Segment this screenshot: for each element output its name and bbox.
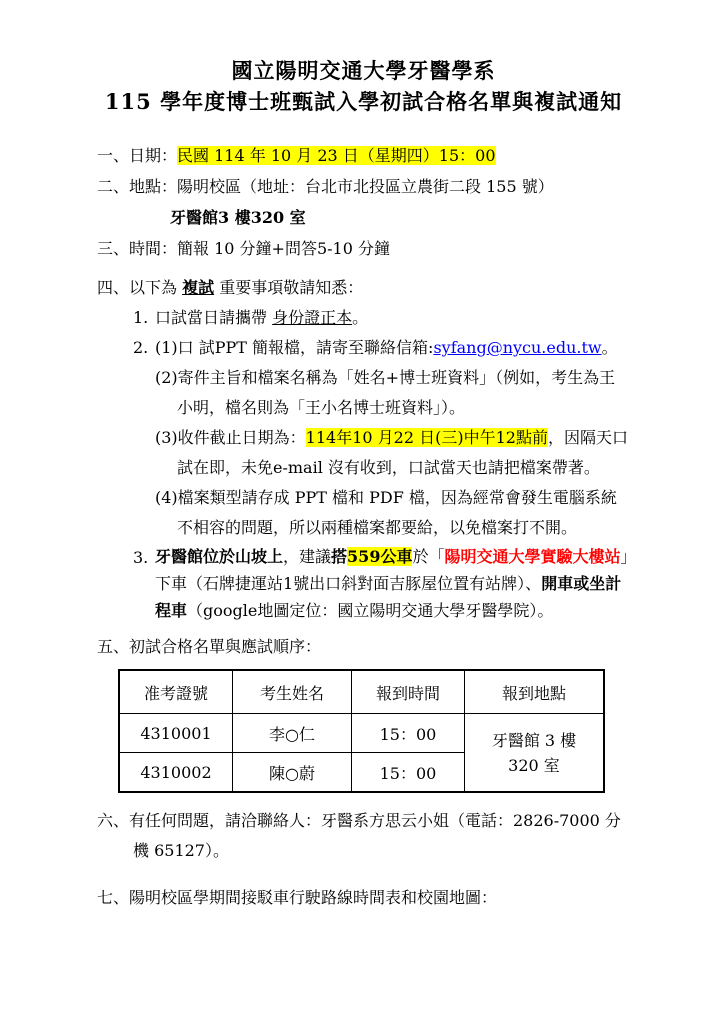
item-location-label: 二、地點：	[97, 177, 177, 196]
item-duration-text: 簡報 10 分鐘+問答5-10 分鐘	[177, 239, 390, 258]
note-1-pre: 口試當日請攜帶	[155, 308, 272, 327]
note-item-1-text: 口試當日請攜帶 身份證正本。	[155, 303, 630, 333]
note-2-p3-deadline-highlight: 114年10 月22 日(三)中午12點前	[306, 428, 548, 447]
email-link[interactable]: syfang@nycu.edu.tw	[433, 338, 601, 357]
item-date-label: 一、日期：	[97, 146, 177, 165]
note-item-2-text: (1)口 試PPT 簡報檔，請寄至聯絡信箱:syfang@nycu.edu.tw…	[155, 333, 630, 543]
roster-table: 准考證號 考生姓名 報到時間 報到地點 4310001 李○仁 15：00 牙醫…	[118, 669, 605, 793]
note-2-paragraph-2: (2)寄件主旨和檔案名稱為「姓名+博士班資料」（例如，考生為王小明，檔名則為「王…	[155, 363, 630, 423]
header-checkin-location: 報到地點	[465, 670, 605, 714]
notes-heading-suffix: 重要事項敬請知悉：	[214, 278, 363, 297]
item-notes-heading: 四、以下為 複試 重要事項敬請知悉：	[97, 272, 630, 303]
item-contact: 六、有任何問題，請洽聯絡人：牙醫系方思云小姐（電話：2826-7000 分機 6…	[97, 806, 630, 866]
item-location: 二、地點：陽明校區（地址：台北市北投區立農街二段 155 號）	[97, 171, 630, 202]
item-shuttle-map: 七、陽明校區學期間接駁車行駛路線時間表和校園地圖：	[97, 883, 630, 913]
table-cell-checkin-time: 15：00	[352, 714, 465, 753]
table-cell-admission-number: 4310001	[119, 714, 233, 753]
table-cell-candidate-name: 陳○蔚	[233, 753, 352, 793]
document-page: 國立陽明交通大學牙醫學系 115 學年度博士班甄試入學初試合格名單與複試通知 一…	[0, 0, 725, 1024]
note-3-normal-2: 於「	[412, 547, 444, 566]
item-duration-label: 三、時間：	[97, 239, 177, 258]
header-candidate-name: 考生姓名	[233, 670, 352, 714]
item-location-room: 牙醫館3 樓320 室	[170, 202, 630, 233]
note-3-bus-highlight: 559公車	[347, 547, 412, 566]
document-title-line1: 國立陽明交通大學牙醫學系	[97, 55, 630, 86]
note-3-normal-1: ，建議	[283, 547, 331, 566]
note-item-3-number: 3.	[133, 543, 155, 624]
document-title-line2: 115 學年度博士班甄試入學初試合格名單與複試通知	[97, 86, 630, 117]
header-checkin-time: 報到時間	[352, 670, 465, 714]
note-item-2: 2. (1)口 試PPT 簡報檔，請寄至聯絡信箱:syfang@nycu.edu…	[133, 333, 630, 543]
table-cell-location-merged: 牙醫館 3 樓 320 室	[465, 714, 605, 793]
note-2-p1-post: 。	[602, 338, 618, 357]
header-admission-number: 准考證號	[119, 670, 233, 714]
notes-heading-prefix: 四、以下為	[97, 278, 182, 297]
note-item-2-number: 2.	[133, 333, 155, 543]
table-row: 4310001 李○仁 15：00 牙醫館 3 樓 320 室	[119, 714, 604, 753]
note-1-post: 。	[352, 308, 368, 327]
note-3-normal-4: （google地圖定位：國立陽明交通大學牙醫學院）。	[187, 601, 553, 620]
note-2-paragraph-1: (1)口 試PPT 簡報檔，請寄至聯絡信箱:syfang@nycu.edu.tw…	[155, 333, 630, 363]
note-1-underline: 身份證正本	[272, 308, 352, 327]
notes-heading-emph: 複試	[182, 278, 214, 297]
note-item-3-text: 牙醫館位於山坡上，建議搭559公車於「陽明交通大學實驗大樓站」下車（石牌捷運站1…	[155, 543, 630, 624]
note-item-3: 3. 牙醫館位於山坡上，建議搭559公車於「陽明交通大學實驗大樓站」下車（石牌捷…	[133, 543, 630, 624]
note-3-bold-take: 搭	[331, 547, 347, 566]
note-2-p3-pre: (3)收件截止日期為：	[155, 428, 306, 447]
location-line1: 牙醫館 3 樓	[465, 728, 603, 753]
note-2-paragraph-4: (4)檔案類型請存成 PPT 檔和 PDF 檔，因為經常會發生電腦系統不相容的問…	[155, 483, 630, 543]
table-cell-admission-number: 4310002	[119, 753, 233, 793]
location-line2: 320 室	[465, 753, 603, 778]
table-header-row: 准考證號 考生姓名 報到時間 報到地點	[119, 670, 604, 714]
item-date: 一、日期：民國 114 年 10 月 23 日（星期四）15：00	[97, 140, 630, 171]
item-date-highlight: 民國 114 年 10 月 23 日（星期四）15：00	[177, 146, 496, 165]
note-3-bold-hill: 牙醫館位於山坡上	[155, 547, 283, 566]
note-item-1: 1. 口試當日請攜帶 身份證正本。	[133, 303, 630, 333]
item-location-text: 陽明校區（地址：台北市北投區立農街二段 155 號）	[177, 177, 554, 196]
note-2-p1-pre: (1)口 試PPT 簡報檔，請寄至聯絡信箱:	[155, 338, 433, 357]
item-duration: 三、時間：簡報 10 分鐘+問答5-10 分鐘	[97, 233, 630, 264]
note-2-paragraph-3: (3)收件截止日期為：114年10 月22 日(三)中午12點前，因隔天口試在即…	[155, 423, 630, 483]
note-3-station-red: 陽明交通大學實驗大樓站	[444, 547, 620, 566]
table-cell-checkin-time: 15：00	[352, 753, 465, 793]
item-roster-heading: 五、初試合格名單與應試順序：	[97, 631, 630, 662]
table-cell-candidate-name: 李○仁	[233, 714, 352, 753]
note-item-1-number: 1.	[133, 303, 155, 333]
